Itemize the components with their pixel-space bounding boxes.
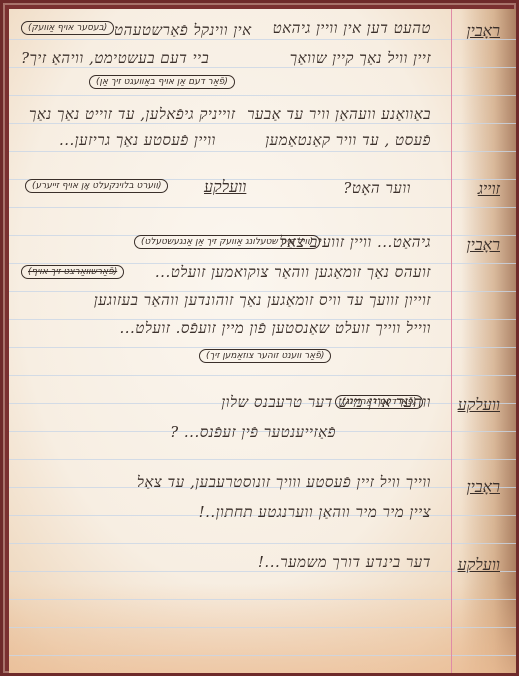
- ruled-line: [9, 543, 516, 544]
- dialogue-line: באַוואַנע וועהאַן וויר עד אַבער: [247, 105, 431, 124]
- ruled-line: [9, 95, 516, 96]
- ruled-line: [9, 627, 516, 628]
- ruled-line: [9, 151, 516, 152]
- dialogue-line: וויין פֿעסטע נאַך גריזען...: [59, 131, 216, 150]
- struck-stage-direction: (פֿאַרשוואַרצט זיך אויף): [21, 265, 124, 279]
- dialogue-line: פֿאַזייענטער פֿין זעפֿנס... ?: [170, 423, 336, 442]
- stage-direction: (ווערט בלוינקעלט אָן אויף זייערע): [25, 179, 168, 193]
- stage-direction: (וויל מיט שטעלונג אַוועק זיך אַן אַנגעשט…: [134, 235, 320, 249]
- dialogue-line: זוייון זוועך עד וויס זומאַגען נאַך זוהונ…: [94, 291, 431, 310]
- speaker-label: וועלקע: [204, 177, 246, 197]
- ruled-line: [9, 347, 516, 348]
- dialogue-line: זועהס נאַך זומאַגען ווהאַר צוקואמען זועל…: [155, 263, 431, 282]
- ruled-line: [9, 599, 516, 600]
- page-edge-stain: [9, 583, 516, 673]
- ruled-line: [9, 207, 516, 208]
- speaker-label: ראָבין: [467, 21, 500, 41]
- margin-line: [451, 9, 452, 673]
- dialogue-line: ווייך וויל זיין פֿעסטע ווויך זונוסטרעבען…: [137, 473, 431, 492]
- stage-direction: (בעסער אויף אַוועק): [21, 21, 114, 35]
- ruled-line: [9, 375, 516, 376]
- dialogue-line: זיין וויל נאַך קיין שוואַך: [290, 49, 431, 68]
- ruled-line: [9, 459, 516, 460]
- dialogue-line: ציין מיר מיר ווהאַן ווערנגטע תחתון..!: [199, 503, 431, 522]
- dialogue-line: ווייל ווייך זועלט שאַנסטען פֿון מיין זוע…: [120, 319, 432, 338]
- dialogue-line: ביי דעם בעשטימט, וויהאַ זיך?: [21, 49, 209, 68]
- dialogue-line: דער בינדע דורך משמער...!: [258, 553, 431, 572]
- dialogue-line: פֿעסט , עד וויר קאַנטאַמען: [265, 131, 431, 150]
- dialogue-line: זוייניק גיפֿאלען, עד זוייט נאַך נאַך: [29, 105, 236, 124]
- stage-direction: (פֿאַר ווענט זוהער צוזאַמען זיך): [199, 349, 331, 363]
- speaker-label: זוייג: [478, 179, 500, 199]
- dialogue-line: ווער האָט?: [343, 179, 411, 198]
- speaker-label: וועלקע: [458, 395, 500, 415]
- stage-direction: (פֿאַרדעם דאַהרינג): [335, 395, 423, 409]
- document-frame: ראָבין טהעט דען אין וויין גיהאט (בעסער א…: [0, 0, 519, 676]
- speaker-label: ראָבין: [467, 477, 500, 497]
- ruled-line: [9, 655, 516, 656]
- stage-direction: (פֿאַר דעם אַן אויף באַוועגט זיך אַן): [89, 75, 235, 89]
- dialogue-line: אין ווינקל פֿאַרשטעהט: [114, 21, 252, 40]
- speaker-label: וועלקע: [458, 555, 500, 575]
- dialogue-line: טהעט דען אין וויין גיהאט: [273, 19, 431, 38]
- ruled-line: [9, 39, 516, 40]
- speaker-label: ראָבין: [467, 235, 500, 255]
- notebook-page: ראָבין טהעט דען אין וויין גיהאט (בעסער א…: [9, 9, 516, 673]
